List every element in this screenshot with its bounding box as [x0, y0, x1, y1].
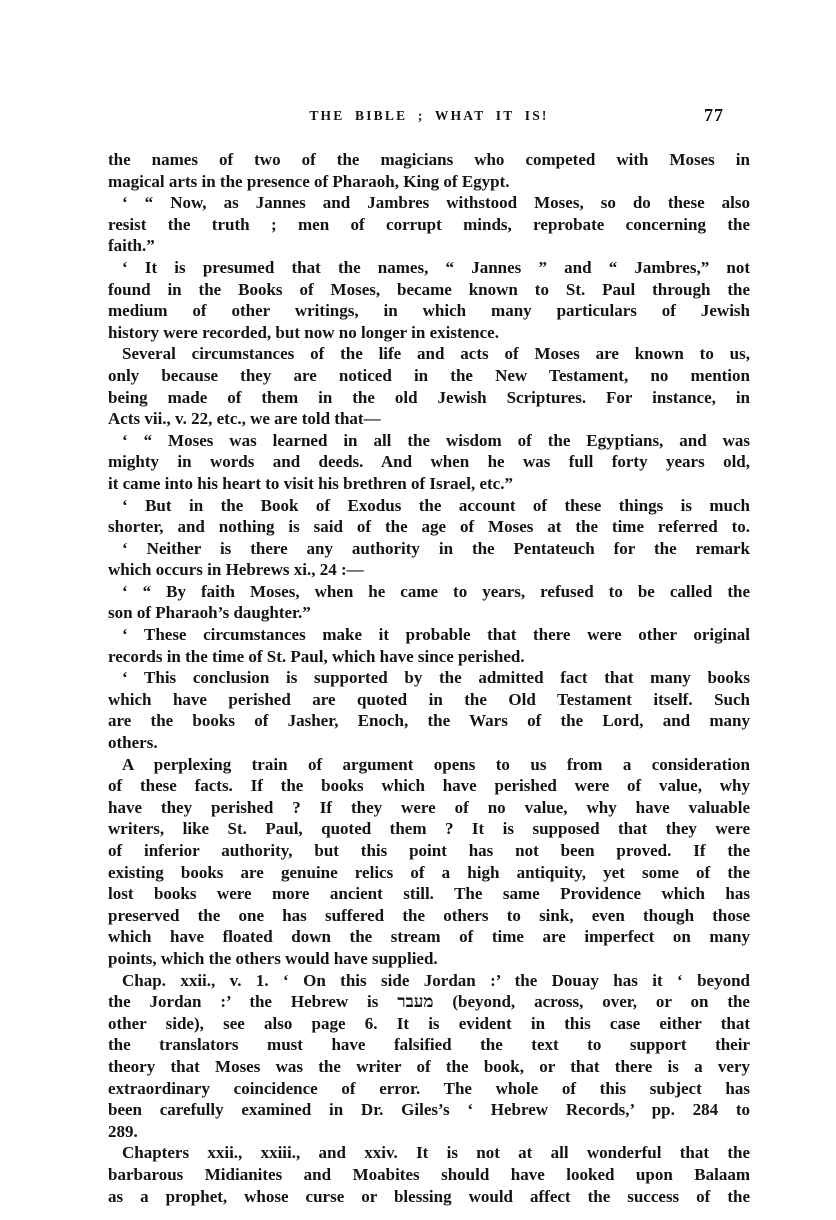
text-line: the translators must have falsified the … [108, 1034, 750, 1056]
paragraph: ‘ “ By faith Moses, when he came to year… [108, 581, 750, 624]
text-line: ‘ These circumstances make it probable t… [108, 624, 750, 646]
text-line: Acts vii., v. 22, etc., we are told that… [108, 408, 750, 430]
text-line: A perplexing train of argument opens to … [108, 754, 750, 776]
text-line: ‘ “ Moses was learned in all the wisdom … [108, 430, 750, 452]
paragraph: ‘ But in the Book of Exodus the account … [108, 495, 750, 538]
text-line: being made of them in the old Jewish Scr… [108, 387, 750, 409]
text-line: magical arts in the presence of Pharaoh,… [108, 171, 750, 193]
text-line: faith.” [108, 235, 750, 257]
text-line: Chap. xxii., v. 1. ‘ On this side Jordan… [108, 970, 750, 992]
text-line: ‘ Neither is there any authority in the … [108, 538, 750, 560]
text-line: shorter, and nothing is said of the age … [108, 516, 750, 538]
text-line: ‘ This conclusion is supported by the ad… [108, 667, 750, 689]
text-line: 289. [108, 1121, 750, 1143]
text-line: ‘ “ By faith Moses, when he came to year… [108, 581, 750, 603]
paragraph: the names of two of the magicians who co… [108, 149, 750, 192]
paragraph: Chap. xxii., v. 1. ‘ On this side Jordan… [108, 970, 750, 1143]
text-line: of inferior authority, but this point ha… [108, 840, 750, 862]
text-line: Several circumstances of the life and ac… [108, 343, 750, 365]
text-line: which have perished are quoted in the Ol… [108, 689, 750, 711]
page-body: the names of two of the magicians who co… [108, 149, 750, 1207]
text-line: Chapters xxii., xxiii., and xxiv. It is … [108, 1142, 750, 1164]
running-header: THE BIBLE ; WHAT IT IS! 77 [108, 108, 750, 130]
text-line: points, which the others would have supp… [108, 948, 750, 970]
book-page: THE BIBLE ; WHAT IT IS! 77 the names of … [0, 0, 836, 1220]
paragraph: A perplexing train of argument opens to … [108, 754, 750, 970]
text-line: records in the time of St. Paul, which h… [108, 646, 750, 668]
page-number: 77 [704, 105, 724, 126]
paragraph: ‘ This conclusion is supported by the ad… [108, 667, 750, 753]
text-line: existing books are genuine relics of a h… [108, 862, 750, 884]
text-line: ‘ But in the Book of Exodus the account … [108, 495, 750, 517]
text-line: ‘ “ Now, as Jannes and Jambres withstood… [108, 192, 750, 214]
paragraph: Chapters xxii., xxiii., and xxiv. It is … [108, 1142, 750, 1207]
text-line: preserved the one has suffered the other… [108, 905, 750, 927]
text-line: which have floated down the stream of ti… [108, 926, 750, 948]
text-line: writers, like St. Paul, quoted them ? It… [108, 818, 750, 840]
text-line: as a prophet, whose curse or blessing wo… [108, 1186, 750, 1208]
text-line: history were recorded, but now no longer… [108, 322, 750, 344]
running-header-title: THE BIBLE ; WHAT IT IS! [108, 108, 750, 124]
paragraph: ‘ These circumstances make it probable t… [108, 624, 750, 667]
text-line: extraordinary coincidence of error. The … [108, 1078, 750, 1100]
text-line: medium of other writings, in which many … [108, 300, 750, 322]
text-line: been carefully examined in Dr. Giles’s ‘… [108, 1099, 750, 1121]
text-line: are the books of Jasher, Enoch, the Wars… [108, 710, 750, 732]
text-line: which occurs in Hebrews xi., 24 :— [108, 559, 750, 581]
text-line: only because they are noticed in the New… [108, 365, 750, 387]
text-line: the names of two of the magicians who co… [108, 149, 750, 171]
text-line: lost books were more ancient still. The … [108, 883, 750, 905]
text-line: son of Pharaoh’s daughter.” [108, 602, 750, 624]
paragraph: Several circumstances of the life and ac… [108, 343, 750, 429]
text-line: resist the truth ; men of corrupt minds,… [108, 214, 750, 236]
paragraph: ‘ “ Moses was learned in all the wisdom … [108, 430, 750, 495]
text-line: ‘ It is presumed that the names, “ Janne… [108, 257, 750, 279]
text-line: found in the Books of Moses, became know… [108, 279, 750, 301]
text-line: mighty in words and deeds. And when he w… [108, 451, 750, 473]
text-line: others. [108, 732, 750, 754]
paragraph: ‘ “ Now, as Jannes and Jambres withstood… [108, 192, 750, 257]
text-line: it came into his heart to visit his bret… [108, 473, 750, 495]
text-line: the Jordan :’ the Hebrew is מעבר (beyond… [108, 991, 750, 1013]
text-line: theory that Moses was the writer of the … [108, 1056, 750, 1078]
paragraph: ‘ Neither is there any authority in the … [108, 538, 750, 581]
text-line: of these facts. If the books which have … [108, 775, 750, 797]
text-line: barbarous Midianites and Moabites should… [108, 1164, 750, 1186]
text-line: other side), see also page 6. It is evid… [108, 1013, 750, 1035]
text-line: have they perished ? If they were of no … [108, 797, 750, 819]
paragraph: ‘ It is presumed that the names, “ Janne… [108, 257, 750, 343]
